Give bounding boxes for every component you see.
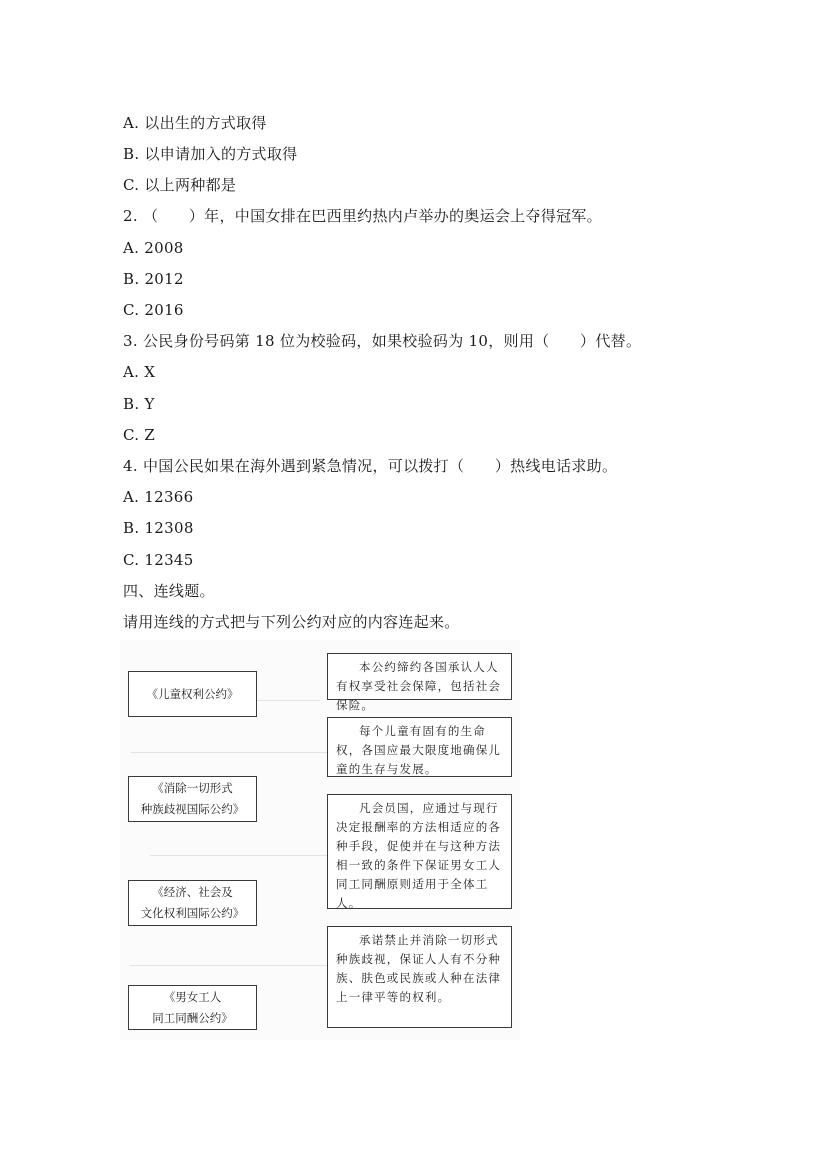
q3-option-c: C. Z xyxy=(123,425,155,445)
left-item-equal-remuneration[interactable]: 《男女工人 同工同酬公约》 xyxy=(128,985,257,1030)
left-item-line1: 《经济、社会及 xyxy=(152,882,233,903)
left-item-line2: 文化权利国际公约》 xyxy=(141,903,245,924)
q2-option-c: C. 2016 xyxy=(123,300,184,320)
left-item-economic-social-cultural[interactable]: 《经济、社会及 文化权利国际公约》 xyxy=(128,880,257,926)
matching-figure: 《儿童权利公约》 《消除一切形式 种族歧视国际公约》 《经济、社会及 文化权利国… xyxy=(120,640,520,1040)
section-instruction: 请用连线的方式把与下列公约对应的内容连起来。 xyxy=(123,612,460,632)
q3-stem: 3. 公民身份号码第 18 位为校验码，如果校验码为 10，则用（ ）代替。 xyxy=(123,331,641,351)
q1-option-c: C. 以上两种都是 xyxy=(123,175,236,195)
q1-option-a: A. 以出生的方式取得 xyxy=(123,113,267,133)
right-item-right-to-life[interactable]: 每个儿童有固有的生命权，各国应最大限度地确保儿童的生存与发展。 xyxy=(327,717,512,777)
right-item-text: 每个儿童有固有的生命权，各国应最大限度地确保儿童的生存与发展。 xyxy=(336,722,505,779)
right-item-text: 承诺禁止并消除一切形式种族歧视，保证人人有不分种族、肤色或民族或人种在法律上一律… xyxy=(336,931,505,1007)
right-item-equal-pay[interactable]: 凡会员国，应通过与现行决定报酬率的方法相适应的各种手段，促使并在与这种方法相一致… xyxy=(327,794,512,909)
q2-stem: 2. （ ）年，中国女排在巴西里约热内卢举办的奥运会上夺得冠军。 xyxy=(123,206,602,226)
left-item-line1: 《男女工人 xyxy=(164,987,222,1008)
q1-option-b: B. 以申请加入的方式取得 xyxy=(123,144,297,164)
q4-option-b: B. 12308 xyxy=(123,518,194,538)
left-item-line1: 《消除一切形式 xyxy=(152,778,233,799)
left-item-line2: 种族歧视国际公约》 xyxy=(141,799,245,820)
q4-option-c: C. 12345 xyxy=(123,550,194,570)
left-item-racial-discrimination[interactable]: 《消除一切形式 种族歧视国际公约》 xyxy=(128,776,257,822)
left-item-child-rights[interactable]: 《儿童权利公约》 xyxy=(128,671,257,717)
left-item-line2: 同工同酬公约》 xyxy=(152,1008,233,1029)
q4-stem: 4. 中国公民如果在海外遇到紧急情况，可以拨打（ ）热线电话求助。 xyxy=(123,456,617,476)
right-item-racial-equality[interactable]: 承诺禁止并消除一切形式种族歧视，保证人人有不分种族、肤色或民族或人种在法律上一律… xyxy=(327,926,512,1028)
q3-option-a: A. X xyxy=(123,362,155,382)
right-item-text: 本公约缔约各国承认人人有权享受社会保障，包括社会保险。 xyxy=(336,658,505,715)
q4-option-a: A. 12366 xyxy=(123,487,194,507)
q2-option-b: B. 2012 xyxy=(123,269,184,289)
right-item-text: 凡会员国，应通过与现行决定报酬率的方法相适应的各种手段，促使并在与这种方法相一致… xyxy=(336,799,505,913)
q2-option-a: A. 2008 xyxy=(123,238,184,258)
left-item-line1: 《儿童权利公约》 xyxy=(147,683,239,705)
q3-option-b: B. Y xyxy=(123,394,155,414)
section-heading: 四、连线题。 xyxy=(123,581,215,601)
right-item-social-security[interactable]: 本公约缔约各国承认人人有权享受社会保障，包括社会保险。 xyxy=(327,653,512,700)
